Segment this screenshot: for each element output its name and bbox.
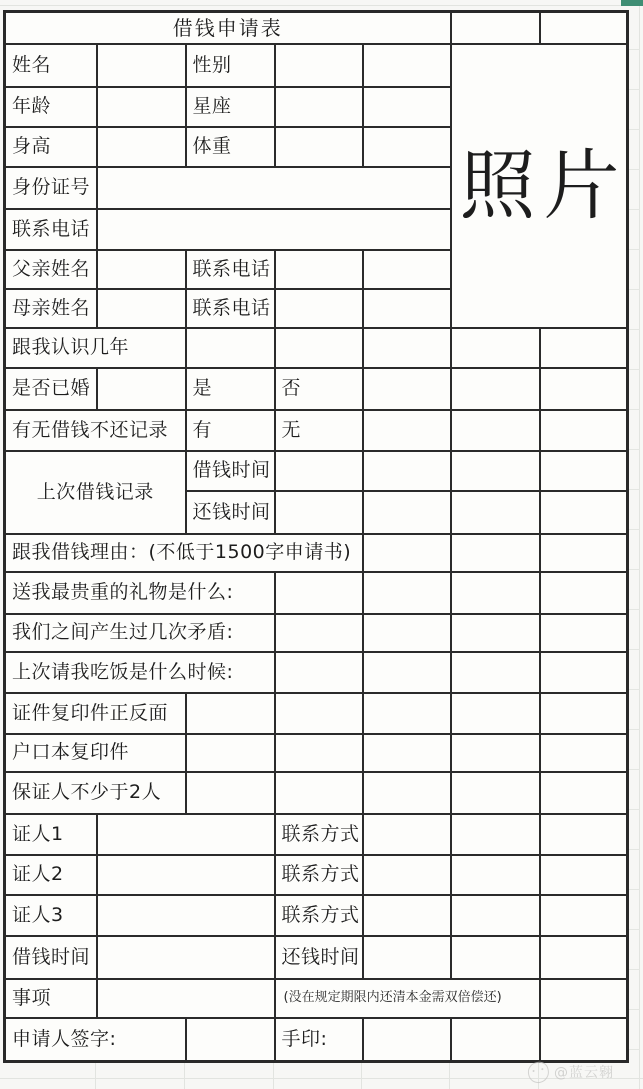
empty-cell	[97, 44, 186, 87]
empty-cell	[451, 12, 540, 44]
sheet-gridline	[449, 1060, 450, 1089]
table-row: 我们之间产生过几次矛盾:	[5, 614, 628, 652]
empty-cell	[451, 368, 540, 410]
empty-cell	[451, 572, 540, 614]
empty-cell	[540, 368, 628, 410]
empty-cell	[540, 936, 628, 979]
field-label: 否	[275, 368, 363, 410]
watermark: @蓝云翱	[528, 1059, 640, 1085]
empty-cell	[186, 772, 275, 814]
table-row: 跟我借钱理由：(不低于1500字申请书)	[5, 534, 628, 572]
empty-cell	[275, 44, 363, 87]
empty-cell	[540, 451, 628, 491]
loan-application-table: 借钱申请表姓名性别照片年龄星座身高体重身份证号联系电话父亲姓名联系电话母亲姓名联…	[3, 10, 629, 1063]
field-label: 联系方式	[275, 814, 363, 855]
empty-cell	[451, 814, 540, 855]
field-label: 父亲姓名	[5, 250, 97, 289]
table-row: 是否已婚是否	[5, 368, 628, 410]
empty-cell	[97, 250, 186, 289]
empty-cell	[540, 12, 628, 44]
photo-placeholder: 照片	[451, 44, 628, 328]
empty-cell	[363, 451, 451, 491]
empty-cell	[275, 693, 363, 734]
empty-cell	[540, 491, 628, 534]
field-label: 姓名	[5, 44, 97, 87]
field-label: 年龄	[5, 87, 97, 127]
table-row: 借钱申请表	[5, 12, 628, 44]
empty-cell	[363, 693, 451, 734]
empty-cell	[97, 87, 186, 127]
empty-cell	[275, 772, 363, 814]
empty-cell	[540, 410, 628, 451]
empty-cell	[540, 772, 628, 814]
field-label: 证人3	[5, 895, 97, 936]
empty-cell	[363, 250, 451, 289]
empty-cell	[97, 127, 186, 167]
empty-cell	[363, 410, 451, 451]
empty-cell	[97, 289, 186, 328]
empty-cell	[540, 614, 628, 652]
sheet-gridline	[273, 1060, 274, 1089]
field-label: 身高	[5, 127, 97, 167]
empty-cell	[363, 1018, 451, 1062]
empty-cell	[540, 979, 628, 1018]
empty-cell	[363, 936, 451, 979]
empty-cell	[363, 87, 451, 127]
field-label: 上次借钱记录	[5, 451, 186, 534]
empty-cell	[97, 814, 275, 855]
empty-cell	[97, 368, 186, 410]
empty-cell	[540, 572, 628, 614]
empty-cell	[540, 1018, 628, 1062]
field-label: 联系电话	[186, 250, 275, 289]
empty-cell	[186, 328, 275, 368]
empty-cell	[540, 693, 628, 734]
field-label: 联系方式	[275, 855, 363, 895]
table-row: 证人2联系方式	[5, 855, 628, 895]
empty-cell	[451, 936, 540, 979]
table-row: 跟我认识几年	[5, 328, 628, 368]
table-row: 户口本复印件	[5, 734, 628, 772]
table-row: 证件复印件正反面	[5, 693, 628, 734]
field-label: 上次请我吃饭是什么时候:	[5, 652, 275, 693]
empty-cell	[363, 368, 451, 410]
field-label: 证件复印件正反面	[5, 693, 186, 734]
empty-cell	[363, 895, 451, 936]
sheet-gridline	[184, 1060, 185, 1089]
empty-cell	[275, 250, 363, 289]
empty-cell	[540, 855, 628, 895]
table-row: 事项(没在规定期限内还清本金需双倍偿还)	[5, 979, 628, 1018]
watermark-text: @蓝云翱	[554, 1062, 614, 1082]
empty-cell	[275, 451, 363, 491]
sheet-gridline	[361, 1060, 362, 1089]
empty-cell	[451, 410, 540, 451]
empty-cell	[275, 652, 363, 693]
field-label: 证人1	[5, 814, 97, 855]
form-title: 借钱申请表	[5, 12, 451, 44]
field-label: 送我最贵重的礼物是什么:	[5, 572, 275, 614]
empty-cell	[275, 127, 363, 167]
empty-cell	[540, 895, 628, 936]
empty-cell	[275, 614, 363, 652]
empty-cell	[451, 895, 540, 936]
field-label: 性别	[186, 44, 275, 87]
empty-cell	[275, 572, 363, 614]
table-row: 证人3联系方式	[5, 895, 628, 936]
field-label: 借钱时间	[5, 936, 97, 979]
table-row: 有无借钱不还记录有无	[5, 410, 628, 451]
field-label: 体重	[186, 127, 275, 167]
empty-cell	[451, 614, 540, 652]
sheet-gridline	[0, 5, 643, 6]
field-label: 是否已婚	[5, 368, 97, 410]
empty-cell	[363, 734, 451, 772]
watermark-smiley-icon	[526, 1060, 551, 1085]
field-label: 无	[275, 410, 363, 451]
empty-cell	[97, 209, 451, 250]
empty-cell	[186, 693, 275, 734]
field-label: 还钱时间	[186, 491, 275, 534]
field-label: 跟我借钱理由：(不低于1500字申请书)	[5, 534, 363, 572]
table-row: 上次请我吃饭是什么时候:	[5, 652, 628, 693]
empty-cell	[363, 652, 451, 693]
empty-cell	[275, 734, 363, 772]
empty-cell	[451, 693, 540, 734]
field-label: 有无借钱不还记录	[5, 410, 186, 451]
field-label: 申请人签字:	[5, 1018, 186, 1062]
field-label: 事项	[5, 979, 97, 1018]
empty-cell	[451, 652, 540, 693]
table-row: 证人1联系方式	[5, 814, 628, 855]
empty-cell	[363, 328, 451, 368]
field-label: 借钱时间	[186, 451, 275, 491]
empty-cell	[186, 734, 275, 772]
table-row: 借钱时间还钱时间	[5, 936, 628, 979]
field-label: 我们之间产生过几次矛盾:	[5, 614, 275, 652]
table-row: 送我最贵重的礼物是什么:	[5, 572, 628, 614]
empty-cell	[540, 814, 628, 855]
empty-cell	[275, 289, 363, 328]
table-row: 保证人不少于2人	[5, 772, 628, 814]
empty-cell	[451, 328, 540, 368]
empty-cell	[97, 855, 275, 895]
empty-cell	[97, 979, 275, 1018]
table-row: 姓名性别照片	[5, 44, 628, 87]
field-label: 星座	[186, 87, 275, 127]
corner-accent-mark	[621, 0, 643, 6]
empty-cell	[363, 772, 451, 814]
field-label: 户口本复印件	[5, 734, 186, 772]
field-label: 身份证号	[5, 167, 97, 209]
field-label: 还钱时间	[275, 936, 363, 979]
field-label: 跟我认识几年	[5, 328, 186, 368]
empty-cell	[363, 855, 451, 895]
empty-cell	[363, 572, 451, 614]
table-row: 上次借钱记录借钱时间	[5, 451, 628, 491]
empty-cell	[275, 491, 363, 534]
empty-cell	[363, 534, 451, 572]
empty-cell	[451, 451, 540, 491]
repayment-note: (没在规定期限内还清本金需双倍偿还)	[275, 979, 540, 1018]
field-label: 有	[186, 410, 275, 451]
empty-cell	[540, 734, 628, 772]
empty-cell	[363, 127, 451, 167]
empty-cell	[451, 855, 540, 895]
empty-cell	[451, 491, 540, 534]
table-row: 申请人签字:手印:	[5, 1018, 628, 1062]
empty-cell	[275, 328, 363, 368]
empty-cell	[275, 87, 363, 127]
empty-cell	[363, 814, 451, 855]
field-label: 母亲姓名	[5, 289, 97, 328]
empty-cell	[186, 1018, 275, 1062]
empty-cell	[451, 734, 540, 772]
field-label: 保证人不少于2人	[5, 772, 186, 814]
field-label: 是	[186, 368, 275, 410]
field-label: 证人2	[5, 855, 97, 895]
empty-cell	[540, 328, 628, 368]
empty-cell	[451, 534, 540, 572]
empty-cell	[451, 1018, 540, 1062]
field-label: 联系方式	[275, 895, 363, 936]
empty-cell	[540, 652, 628, 693]
empty-cell	[540, 534, 628, 572]
sheet-gridline	[95, 1060, 96, 1089]
empty-cell	[451, 772, 540, 814]
empty-cell	[97, 895, 275, 936]
field-label: 联系电话	[5, 209, 97, 250]
empty-cell	[363, 491, 451, 534]
field-label: 联系电话	[186, 289, 275, 328]
table-body: 借钱申请表姓名性别照片年龄星座身高体重身份证号联系电话父亲姓名联系电话母亲姓名联…	[5, 12, 628, 1062]
empty-cell	[97, 167, 451, 209]
empty-cell	[97, 936, 275, 979]
empty-cell	[363, 289, 451, 328]
field-label: 手印:	[275, 1018, 363, 1062]
empty-cell	[363, 44, 451, 87]
empty-cell	[363, 614, 451, 652]
